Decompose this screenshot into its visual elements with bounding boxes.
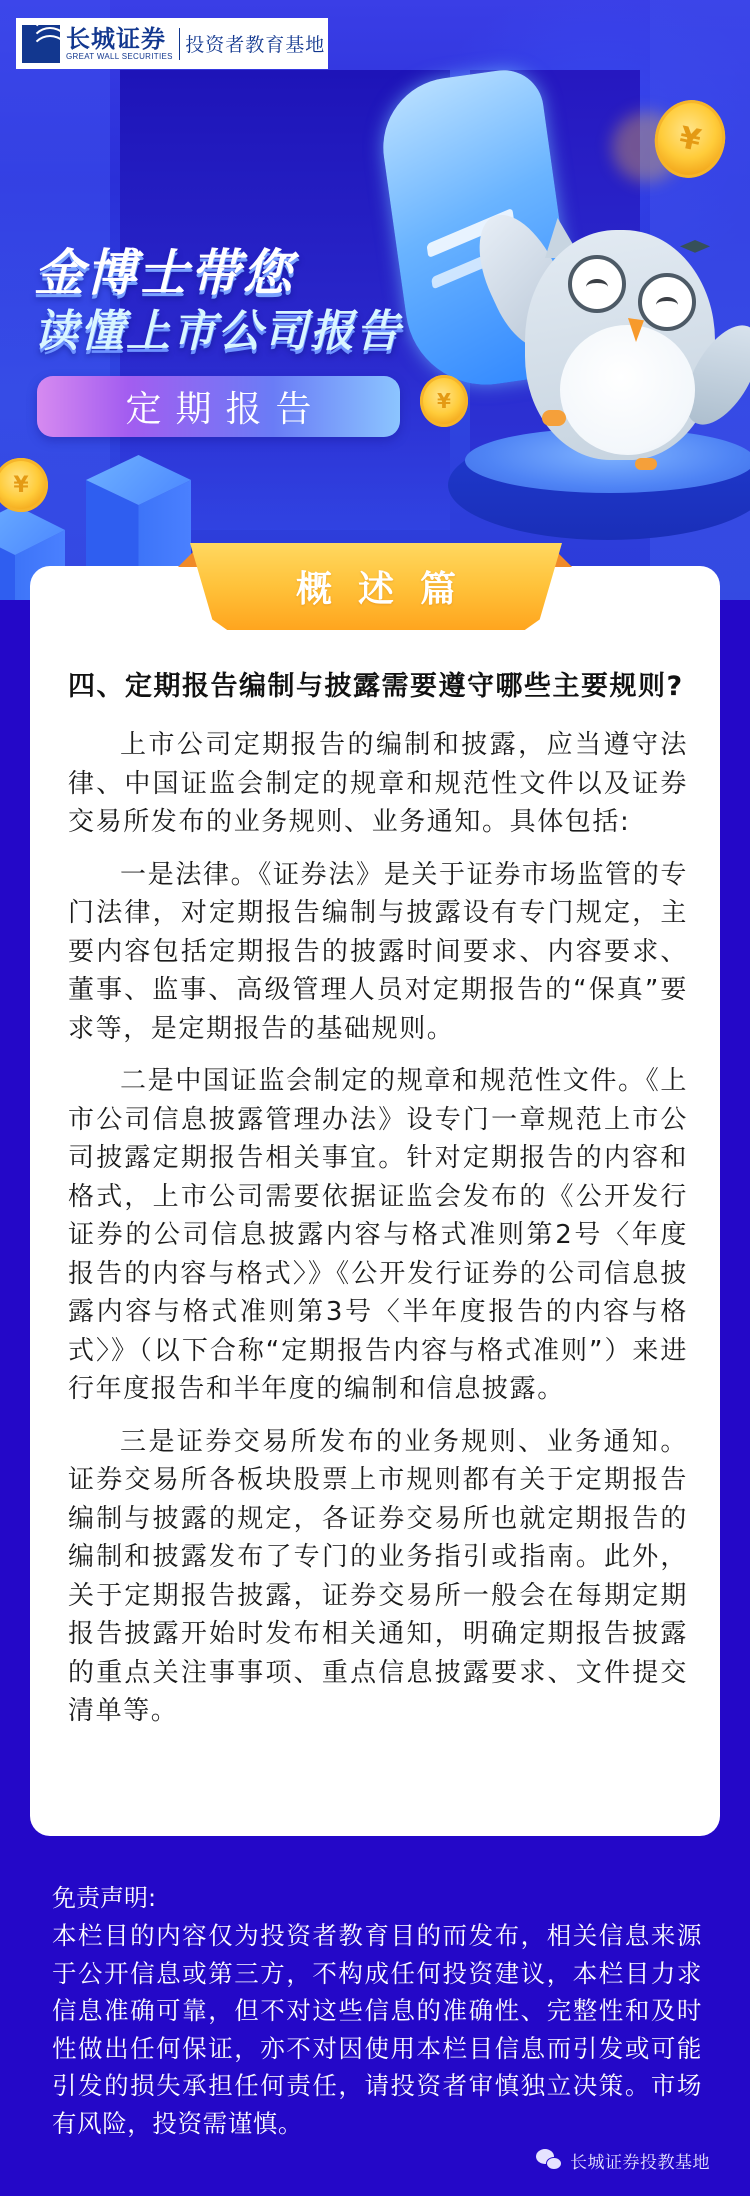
logo-wordmark: 长城证券 GREAT WALL SECURITIES xyxy=(66,26,173,62)
owl-foot xyxy=(635,458,657,470)
hero-title-line-1: 金博士带您 xyxy=(34,244,294,302)
article-body: 四、定期报告编制与披露需要遵守哪些主要规则? 上市公司定期报告的编制和披露，应当… xyxy=(68,668,688,1745)
question-heading: 四、定期报告编制与披露需要遵守哪些主要规则? xyxy=(68,668,688,706)
paragraph-law: 一是法律。《证券法》是关于证券市场监管的专门法律，对定期报告编制与披露设有专门规… xyxy=(68,856,688,1049)
disclaimer: 免责声明: 本栏目的内容仅为投资者教育目的而发布，相关信息来源于公开信息或第三方… xyxy=(52,1880,702,2142)
graduation-cap-icon xyxy=(680,240,710,256)
section-tab-label: 概述篇 xyxy=(270,561,482,612)
wechat-watermark: 长城证券投教基地 xyxy=(536,2148,710,2173)
paragraph-intro: 上市公司定期报告的编制和披露，应当遵守法律、中国证监会制定的规章和规范性文件以及… xyxy=(68,726,688,842)
watermark-account-name: 长城证券投教基地 xyxy=(570,2148,710,2173)
topic-pill: 定期报告 xyxy=(37,376,400,437)
hero-banner: ¥ ¥ ¥ 长城证券 GREAT WALL SECURITIES 投资者教育基地… xyxy=(0,0,750,600)
owl-glasses-eye xyxy=(638,273,696,331)
coin-symbol: ¥ xyxy=(437,389,451,413)
paragraph-csrc-rules: 二是中国证监会制定的规章和规范性文件。《上市公司信息披露管理办法》设专门一章规范… xyxy=(68,1062,688,1409)
section-tab: 概述篇 xyxy=(190,543,562,630)
logo-chinese-name: 长城证券 xyxy=(66,26,173,52)
logo-english-name: GREAT WALL SECURITIES xyxy=(66,52,173,62)
paragraph-exchange-rules: 三是证券交易所发布的业务规则、业务通知。证券交易所各板块股票上市规则都有关于定期… xyxy=(68,1423,688,1731)
wechat-icon xyxy=(536,2149,564,2173)
brand-logo: 长城证券 GREAT WALL SECURITIES 投资者教育基地 xyxy=(16,18,328,69)
great-wall-logo-icon xyxy=(22,25,60,63)
disclaimer-title: 免责声明: xyxy=(52,1880,702,1917)
coin-symbol: ¥ xyxy=(13,473,28,498)
hero-title-line-2: 读懂上市公司报告 xyxy=(34,306,402,358)
owl-mascot-illustration xyxy=(480,200,740,470)
coin-symbol: ¥ xyxy=(676,120,704,159)
topic-pill-label: 定期报告 xyxy=(111,381,325,432)
owl-foot xyxy=(542,410,566,426)
owl-glasses-eye xyxy=(568,255,626,313)
logo-divider xyxy=(179,28,181,60)
disclaimer-body: 本栏目的内容仅为投资者教育目的而发布，相关信息来源于公开信息或第三方，不构成任何… xyxy=(52,1917,702,2142)
yuan-coin-icon: ¥ xyxy=(420,375,468,427)
logo-subtitle: 投资者教育基地 xyxy=(185,30,325,57)
owl-belly xyxy=(560,325,695,455)
